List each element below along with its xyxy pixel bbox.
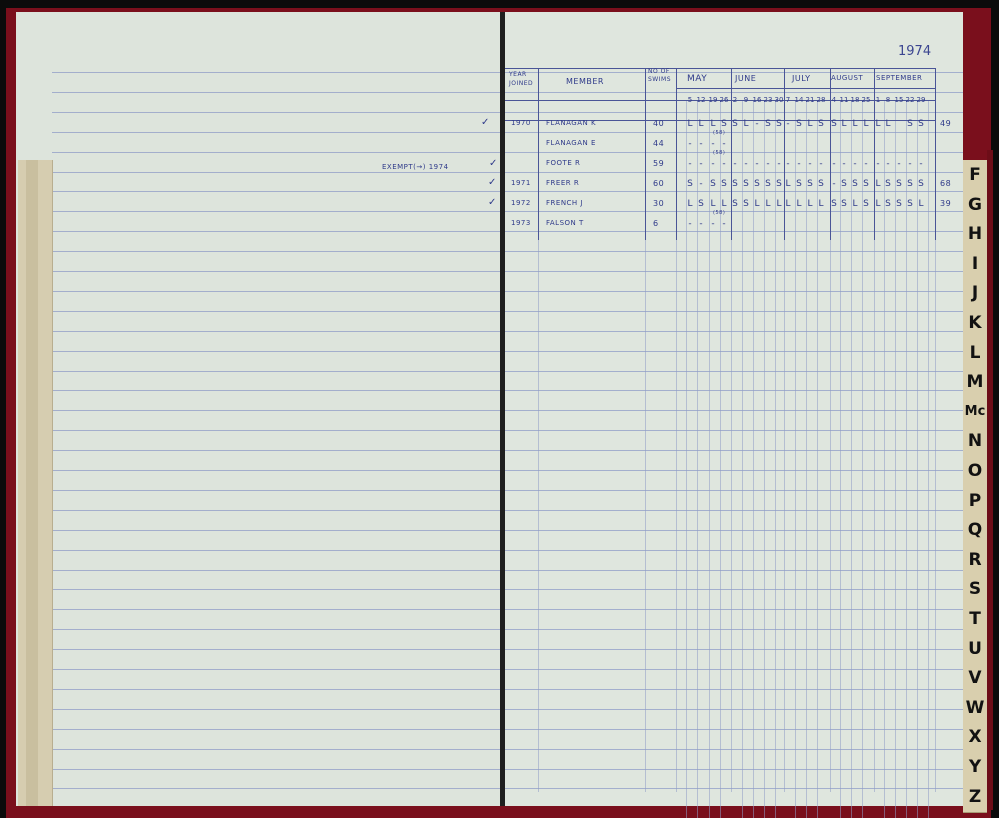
grid-column-line [928, 100, 929, 818]
ruled-line [52, 550, 500, 551]
attendance-mark: - [873, 159, 883, 169]
date-august-11: 11 [839, 96, 849, 104]
attendance-mark: - [696, 139, 706, 149]
left-page [16, 12, 500, 806]
ruled-line [52, 450, 500, 451]
attendance-mark: - [708, 139, 718, 149]
index-tab-k[interactable]: K [963, 308, 987, 339]
grid-column-line [935, 240, 936, 792]
grid-column-line [538, 68, 539, 240]
index-tab-h[interactable]: H [963, 219, 987, 250]
ruled-line [52, 490, 500, 491]
attendance-mark: - [829, 179, 839, 189]
header-rule [505, 68, 935, 69]
ruled-line [52, 689, 500, 690]
index-tab-p[interactable]: P [963, 486, 987, 517]
attendance-mark: S [916, 119, 926, 129]
attendance-mark: - [861, 159, 871, 169]
index-tab-m[interactable]: M [963, 367, 987, 398]
index-tab-x[interactable]: X [963, 722, 987, 753]
attendance-mark: S [685, 179, 695, 189]
attendance-mark: - [783, 159, 793, 169]
ruled-line [52, 769, 500, 770]
row-swim-count: 60 [653, 179, 664, 188]
grid-column-line [731, 240, 732, 792]
date-may-5: 5 [685, 96, 695, 104]
attendance-mark: L [850, 119, 860, 129]
attendance-mark: L [873, 199, 883, 209]
date-may-19: 19 [708, 96, 718, 104]
header-no-of-swims: NO OF SWIMS [648, 68, 676, 84]
attendance-mark: S [763, 179, 773, 189]
attendance-mark: - [805, 159, 815, 169]
index-tab-z[interactable]: Z [963, 782, 987, 813]
ruled-line [52, 271, 500, 272]
row-swim-count: 40 [653, 119, 664, 128]
date-july-21: 21 [805, 96, 815, 104]
index-tab-g[interactable]: G [963, 190, 987, 221]
row-swim-count: 59 [653, 159, 664, 168]
row-note: (58) [713, 210, 725, 216]
attendance-mark: S [883, 179, 893, 189]
attendance-mark: L [883, 119, 893, 129]
ruled-line [52, 231, 500, 232]
index-tab-l[interactable]: L [963, 338, 987, 369]
attendance-mark: S [916, 179, 926, 189]
ruled-line [52, 430, 500, 431]
attendance-mark: S [719, 119, 729, 129]
attendance-mark: L [708, 119, 718, 129]
row-note: (58) [713, 150, 725, 156]
cover-edge [987, 150, 993, 810]
date-july-28: 28 [816, 96, 826, 104]
right-page [505, 12, 963, 806]
row-member-name: FLANAGAN E [546, 139, 596, 147]
ruled-line [52, 570, 500, 571]
attendance-mark: L [805, 119, 815, 129]
attendance-mark: S [794, 119, 804, 129]
exempt-note: EXEMPT(→) 1974 [382, 163, 449, 171]
grid-column-line [676, 240, 677, 792]
index-tab-mc[interactable]: Mc [963, 397, 987, 428]
date-june-16: 16 [752, 96, 762, 104]
attendance-mark: S [905, 119, 915, 129]
attendance-mark: S [708, 179, 718, 189]
attendance-mark: L [873, 179, 883, 189]
attendance-mark: L [916, 199, 926, 209]
attendance-mark: L [685, 199, 695, 209]
row-year-joined: 1973 [511, 219, 531, 227]
attendance-mark: S [752, 179, 762, 189]
grid-column-line [784, 240, 785, 792]
ruled-line [52, 132, 500, 133]
attendance-mark: - [894, 159, 904, 169]
attendance-mark: L [685, 119, 695, 129]
date-september-29: 29 [916, 96, 926, 104]
attendance-mark: L [763, 199, 773, 209]
attendance-mark: - [883, 159, 893, 169]
date-september-15: 15 [894, 96, 904, 104]
attendance-mark: - [752, 159, 762, 169]
ruled-line [52, 649, 500, 650]
attendance-mark: L [708, 199, 718, 209]
attendance-mark: - [708, 219, 718, 229]
date-september-22: 22 [905, 96, 915, 104]
row-total: 39 [940, 199, 951, 208]
grid-column-line [874, 68, 875, 240]
date-august-18: 18 [850, 96, 860, 104]
attendance-mark: S [696, 199, 706, 209]
row-total: 68 [940, 179, 951, 188]
date-may-12: 12 [696, 96, 706, 104]
index-tab-y[interactable]: Y [963, 752, 987, 783]
grid-column-line [731, 68, 732, 240]
attendance-mark: - [719, 139, 729, 149]
attendance-mark: - [730, 159, 740, 169]
header-member: MEMBER [566, 77, 604, 86]
attendance-mark: - [685, 219, 695, 229]
grid-column-line [830, 240, 831, 792]
attendance-mark: S [730, 199, 740, 209]
row-total: 49 [940, 119, 951, 128]
date-june-2: 2 [730, 96, 740, 104]
attendance-mark: - [708, 159, 718, 169]
attendance-mark: S [883, 199, 893, 209]
check-mark: ✓ [489, 158, 497, 169]
attendance-mark: L [783, 179, 793, 189]
header-month-july: JULY [792, 74, 811, 83]
ruled-line [52, 709, 500, 710]
ruled-line [505, 72, 963, 73]
ledger-year: 1974 [898, 44, 931, 59]
row-swim-count: 6 [653, 219, 659, 228]
ruled-line [52, 589, 500, 590]
attendance-mark: - [794, 159, 804, 169]
index-tab-n[interactable]: N [963, 426, 987, 457]
grid-column-line [645, 68, 646, 240]
row-member-name: FOOTE R [546, 159, 580, 167]
header-month-june: JUNE [735, 74, 756, 83]
ruled-line [52, 470, 500, 471]
attendance-mark: L [794, 199, 804, 209]
grid-column-line [874, 240, 875, 792]
attendance-mark: - [905, 159, 915, 169]
ruled-line [52, 112, 500, 113]
attendance-mark: S [894, 199, 904, 209]
attendance-mark: - [685, 159, 695, 169]
check-mark: ✓ [488, 197, 496, 208]
index-tab-v[interactable]: V [963, 663, 987, 694]
ruled-line [52, 749, 500, 750]
ruled-line [52, 510, 500, 511]
ruled-line [52, 152, 500, 153]
attendance-mark: - [696, 219, 706, 229]
attendance-mark: L [873, 119, 883, 129]
header-month-august: AUGUST [831, 74, 863, 82]
attendance-mark: S [816, 119, 826, 129]
attendance-mark: - [829, 159, 839, 169]
ruled-line [52, 92, 500, 93]
date-august-4: 4 [829, 96, 839, 104]
grid-column-line [538, 240, 539, 792]
ruled-line [52, 629, 500, 630]
attendance-mark: L [696, 119, 706, 129]
attendance-mark: S [741, 199, 751, 209]
header-month-september: SEPTEMBER [876, 74, 922, 82]
row-year-joined: 1971 [511, 179, 531, 187]
attendance-mark: L [861, 119, 871, 129]
attendance-mark: - [850, 159, 860, 169]
ruled-line [52, 351, 500, 352]
attendance-mark: S [719, 179, 729, 189]
attendance-mark: L [850, 199, 860, 209]
row-note: (58) [713, 130, 725, 136]
attendance-mark: L [752, 199, 762, 209]
left-tab-strip [18, 160, 53, 806]
ruled-line [52, 291, 500, 292]
ruled-line [52, 410, 500, 411]
date-june-9: 9 [741, 96, 751, 104]
attendance-mark: S [861, 199, 871, 209]
ruled-line [52, 788, 500, 789]
ruled-line [52, 191, 500, 192]
ruled-line [505, 92, 963, 93]
ruled-line [52, 311, 500, 312]
date-july-14: 14 [794, 96, 804, 104]
attendance-mark: L [816, 199, 826, 209]
attendance-mark: S [794, 179, 804, 189]
attendance-mark: S [839, 199, 849, 209]
attendance-mark: S [905, 179, 915, 189]
grid-column-line [784, 68, 785, 240]
attendance-mark: S [861, 179, 871, 189]
index-tab-u[interactable]: U [963, 634, 987, 665]
row-year-joined: 1970 [511, 119, 531, 127]
index-tab-q[interactable]: Q [963, 515, 987, 546]
row-member-name: FRENCH J [546, 199, 583, 207]
attendance-mark: S [894, 179, 904, 189]
attendance-mark: - [719, 219, 729, 229]
attendance-mark: L [805, 199, 815, 209]
index-tab-o[interactable]: O [963, 456, 987, 487]
index-tab-r[interactable]: R [963, 545, 987, 576]
header-month-may: MAY [687, 74, 707, 84]
attendance-mark: S [763, 119, 773, 129]
attendance-mark: S [905, 199, 915, 209]
attendance-mark: L [741, 119, 751, 129]
attendance-mark: - [916, 159, 926, 169]
date-september-8: 8 [883, 96, 893, 104]
index-tab-j[interactable]: J [963, 278, 987, 309]
attendance-mark: - [763, 159, 773, 169]
grid-column-line [935, 68, 936, 240]
attendance-mark: S [829, 199, 839, 209]
index-tab-w[interactable]: W [963, 693, 987, 724]
grid-column-line [645, 240, 646, 792]
row-year-joined: 1972 [511, 199, 531, 207]
date-august-25: 25 [861, 96, 871, 104]
header-year-joined: YEAR JOINED [509, 70, 537, 88]
date-september-1: 1 [873, 96, 883, 104]
attendance-mark: S [839, 179, 849, 189]
attendance-mark: - [783, 119, 793, 129]
attendance-mark: - [685, 139, 695, 149]
row-swim-count: 44 [653, 139, 664, 148]
attendance-mark: L [719, 199, 729, 209]
grid-column-line [676, 68, 677, 240]
grid-column-line [830, 68, 831, 240]
row-member-name: FALSON T [546, 219, 584, 227]
attendance-mark: S [730, 179, 740, 189]
ruled-line [52, 390, 500, 391]
attendance-mark: S [816, 179, 826, 189]
attendance-mark: S [741, 179, 751, 189]
ruled-line [52, 530, 500, 531]
month-rule [676, 88, 935, 89]
attendance-mark: S [850, 179, 860, 189]
ruled-line [52, 371, 500, 372]
index-tab-f[interactable]: F [963, 160, 987, 191]
check-mark: ✓ [481, 117, 489, 128]
attendance-mark: S [730, 119, 740, 129]
attendance-mark: - [719, 159, 729, 169]
attendance-mark: L [783, 199, 793, 209]
attendance-mark: - [839, 159, 849, 169]
attendance-mark: S [805, 179, 815, 189]
attendance-mark: L [839, 119, 849, 129]
attendance-mark: - [696, 159, 706, 169]
attendance-mark: - [696, 179, 706, 189]
attendance-mark: - [816, 159, 826, 169]
date-june-23: 23 [763, 96, 773, 104]
ruled-line [52, 211, 500, 212]
ruled-line [52, 251, 500, 252]
row-member-name: FLANAGAN K [546, 119, 596, 127]
check-mark: ✓ [488, 177, 496, 188]
ruled-line [52, 72, 500, 73]
attendance-mark: - [741, 159, 751, 169]
attendance-mark: S [829, 119, 839, 129]
ruled-line [52, 729, 500, 730]
date-july-7: 7 [783, 96, 793, 104]
index-tab-s[interactable]: S [963, 574, 987, 605]
row-swim-count: 30 [653, 199, 664, 208]
row-member-name: FREER R [546, 179, 579, 187]
ruled-line [52, 331, 500, 332]
ruled-line [52, 669, 500, 670]
index-tab-i[interactable]: I [963, 249, 987, 280]
ruled-line [52, 172, 500, 173]
attendance-mark: - [752, 119, 762, 129]
date-may-26: 26 [719, 96, 729, 104]
index-tab-t[interactable]: T [963, 604, 987, 635]
ruled-line [52, 609, 500, 610]
